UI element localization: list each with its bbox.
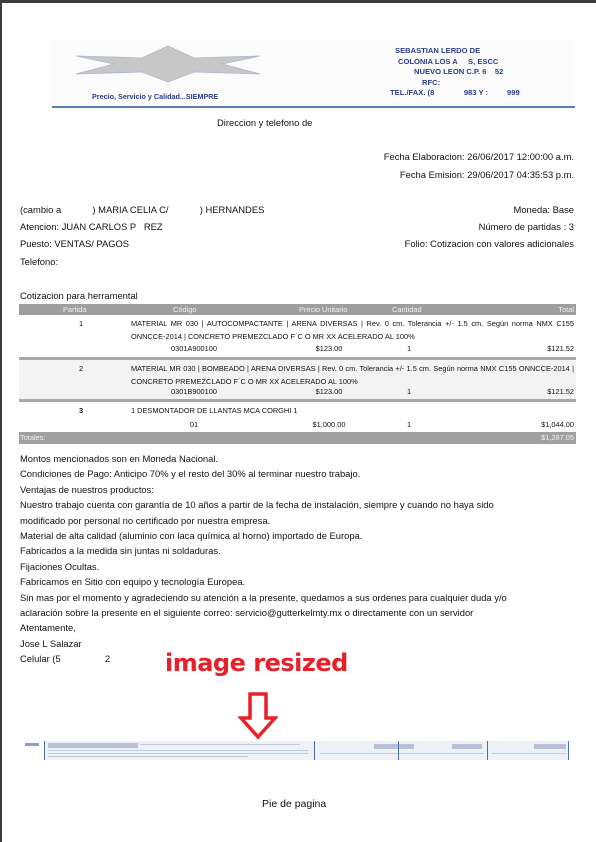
client-telefono: Telefono: [20, 256, 58, 267]
row-description: 1 DESMONTADOR DE LLANTAS MCA CORGHI 1 [131, 405, 574, 418]
row-codigo: 01 [159, 420, 229, 429]
client-name: (cambio a ) MARIA CELIA C/ ) HERNANDES [20, 204, 264, 215]
table-row: 1 MATERIAL MR 030 | AUTOCOMPACTANTE | AR… [19, 315, 576, 360]
company-logo-icon [76, 46, 260, 84]
header-divider [52, 106, 575, 108]
note-line: Sin mas por el momento y agradeciendo su… [20, 590, 507, 605]
note-line: modificado por personal no certificado p… [20, 513, 507, 528]
address-line: NUEVO LEON C.P. 6 52 [380, 67, 580, 78]
note-line: Nuestro trabajo cuenta con garantía de 1… [20, 497, 507, 512]
row-partida: 2 [71, 364, 91, 373]
thumbnail-block [452, 744, 482, 749]
thumbnail-divider [314, 741, 315, 760]
thumbnail-divider [568, 741, 569, 760]
row-partida: 3 [71, 406, 91, 415]
company-slogan: Precio, Servicio y Calidad...SIEMPRE [92, 92, 218, 101]
row-total: $121.52 [547, 387, 574, 396]
thumbnail-block [48, 743, 138, 748]
row-cantidad: 1 [399, 344, 419, 353]
thumbnail-divider [44, 741, 45, 760]
quote-title: Cotizacion para herramental [20, 290, 138, 301]
fecha-emision: Fecha Emision: 29/06/2017 04:35:53 p.m. [400, 169, 574, 180]
note-line: Montos mencionados son en Moneda Naciona… [20, 451, 507, 466]
table-header: Partida Código Precio Unitario Cantidad … [19, 304, 576, 315]
note-line: Ventajas de nuestros productos: [20, 482, 507, 497]
client-puesto: Puesto: VENTAS/ PAGOS [20, 238, 129, 249]
row-codigo: 0301A900100 [159, 344, 229, 353]
column-header-total: Total [558, 305, 574, 314]
row-description: MATERIAL MR 030 | BOMBEADO | ARENA DIVER… [131, 363, 574, 388]
row-cantidad: 1 [399, 387, 419, 396]
thumbnail-block [534, 744, 566, 749]
row-total: $1,044.00 [541, 420, 574, 429]
quote-table: Partida Código Precio Unitario Cantidad … [19, 304, 576, 444]
thumbnail-divider [487, 741, 488, 760]
thumbnail-bar [140, 744, 300, 745]
thumbnail-bar [48, 750, 308, 751]
address-subtitle: Direccion y telefono de [217, 117, 312, 128]
folio: Folio: Cotizacion con valores adicionale… [405, 238, 574, 249]
note-line: aclaración sobre la presente en el sigui… [20, 605, 507, 620]
column-header-partida: Partida [63, 305, 86, 314]
address-line: COLONIA LOS A S, ESCC [380, 57, 580, 68]
fecha-elaboracion: Fecha Elaboracion: 26/06/2017 12:00:00 a… [384, 151, 574, 162]
column-header-precio: Precio Unitario [299, 305, 347, 314]
thumbnail-bar [320, 753, 415, 754]
thumbnail-divider [398, 741, 399, 760]
note-line: Atentamente, [20, 620, 507, 635]
column-header-codigo: Código [173, 305, 196, 314]
column-header-cantidad: Cantidad [392, 305, 422, 314]
totals-row: Totales: $1,287.05 [19, 432, 576, 444]
address-line: RFC: [380, 78, 580, 89]
row-precio: $1,000.00 [289, 420, 369, 429]
client-atencion: Atencion: JUAN CARLOS P REZ [20, 221, 163, 232]
table-row: 3 1 DESMONTADOR DE LLANTAS MCA CORGHI 1 … [19, 402, 576, 432]
row-total: $121.52 [547, 344, 574, 353]
page-footer: Pie de pagina [262, 798, 326, 810]
row-precio: $123.00 [289, 344, 369, 353]
moneda: Moneda: Base [514, 204, 574, 215]
row-precio: $123.00 [289, 387, 369, 396]
totals-value: $1,287.05 [541, 433, 574, 442]
totals-label: Totales: [20, 433, 45, 442]
thumbnail-bar [48, 756, 248, 757]
note-line: Fabricados a la medida sin juntas ni sol… [20, 543, 507, 558]
thumbnail-bar [48, 753, 308, 754]
window-frame-left [0, 0, 2, 842]
address-line: SEBASTIAN LERDO DE [380, 46, 580, 57]
row-partida: 1 [71, 319, 91, 328]
address-line: TEL./FAX. (8 983 Y : 999 [380, 88, 580, 99]
row-codigo: 0301B900100 [159, 387, 229, 396]
image-resized-annotation: image resized [165, 649, 348, 677]
note-line: Fabricamos en Sitio con equipo y tecnolo… [20, 574, 507, 589]
row-cantidad: 1 [399, 420, 419, 429]
notes-section: Montos mencionados son en Moneda Naciona… [20, 451, 507, 667]
note-line: Material de alta calidad (aluminio con l… [20, 528, 507, 543]
note-line: Condiciones de Pago: Anticipo 70% y el r… [20, 466, 507, 481]
resized-table-thumbnail [44, 741, 569, 760]
thumbnail-block [374, 744, 414, 749]
note-line: Fijaciones Ocultas. [20, 559, 507, 574]
arrow-down-icon [238, 692, 278, 740]
table-row: 2 MATERIAL MR 030 | BOMBEADO | ARENA DIV… [19, 360, 576, 402]
thumbnail-bar [404, 753, 484, 754]
numero-partidas: Número de partidas : 3 [479, 221, 574, 232]
window-frame-top [0, 0, 596, 3]
thumbnail-bar [492, 753, 567, 754]
row-description: MATERIAL MR 030 | AUTOCOMPACTANTE | AREN… [131, 318, 574, 343]
company-address: SEBASTIAN LERDO DE COLONIA LOS A S, ESCC… [380, 46, 580, 99]
thumbnail-label [25, 743, 39, 746]
